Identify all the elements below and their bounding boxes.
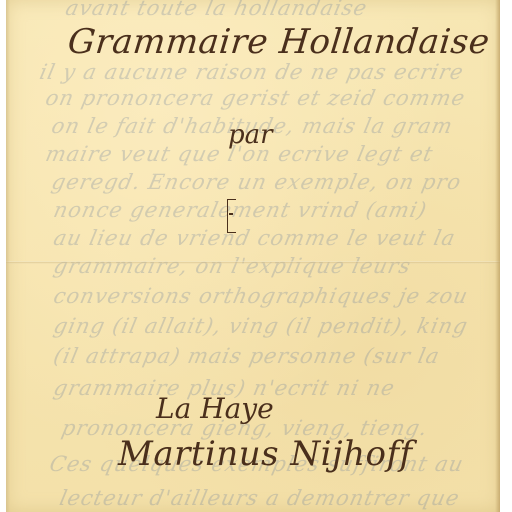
- bleed-line: geregd. Encore un exemple, on pro: [49, 170, 463, 194]
- byline: par: [228, 120, 273, 150]
- bleed-line: au lieu de vriend comme le veut la: [51, 226, 457, 250]
- bleed-line: avant toute la hollandaise: [63, 0, 369, 20]
- publisher-name: Martinus Nijhoff: [118, 434, 413, 474]
- bleed-line: (il attrapa) mais personne (sur la: [51, 344, 442, 368]
- manuscript-page: avant toute la hollandaise il y a aucune…: [6, 0, 500, 512]
- bleed-line: on prononcera gerist et zeid comme: [43, 86, 467, 110]
- author-bracket-tick: [229, 213, 233, 215]
- paper-edge-left: [6, 0, 10, 512]
- manuscript-title: Grammaire Hollandaise: [66, 22, 492, 62]
- bleed-line: nonce generalement vrind (ami): [51, 198, 429, 222]
- bleed-line: conversions orthographiques je zou: [51, 284, 470, 308]
- bleed-line: grammaire, on l'explique leurs: [51, 254, 413, 278]
- bleed-line: ging (il allait), ving (il pendit), king: [51, 314, 470, 338]
- author-bracket-mark: [227, 199, 236, 233]
- paper-edge-right: [495, 0, 500, 512]
- bleed-line: lecteur d'ailleurs a demontrer que: [57, 486, 462, 510]
- paper-fold-line: [6, 261, 500, 264]
- bleed-line: il y a aucune raison de ne pas ecrire: [37, 60, 466, 84]
- publication-place: La Haye: [156, 392, 274, 425]
